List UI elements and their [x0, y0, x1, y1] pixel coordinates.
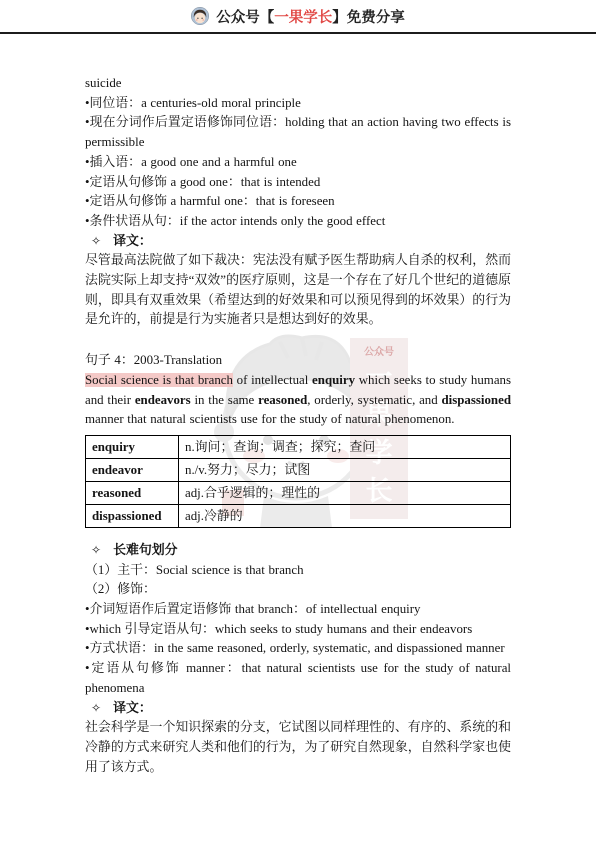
paragraph: •定语从句修饰 a harmful one：that is foreseen [85, 192, 511, 212]
text-run: •which 引导定语从句：which seeks to study human… [85, 622, 472, 636]
text-run: of intellectual [233, 373, 312, 387]
paragraph: •定语从句修饰 manner：that natural scientists u… [85, 659, 511, 698]
text-run: •介词短语作后置定语修饰 that branch：of intellectual… [85, 602, 420, 616]
paragraph: •which 引导定语从句：which seeks to study human… [85, 620, 511, 640]
text-run: manner that natural scientists use for t… [85, 412, 455, 426]
header-title-prefix: 公众号【 [216, 10, 274, 26]
diamond-bullet-icon: ✧ [91, 234, 101, 248]
spacer [85, 531, 511, 541]
text-run: •条件状语从句：if the actor intends only the go… [85, 214, 385, 228]
diamond-bullet-icon: ✧ [91, 701, 101, 715]
header-title: 公众号【一果学长】免费分享 [216, 6, 405, 27]
text-run: •定语从句修饰 manner：that natural scientists u… [85, 661, 511, 695]
document-body: suicide•同位语：a centuries-old moral princi… [0, 34, 596, 777]
spacer [85, 330, 511, 351]
paragraph: •方式状语：in the same reasoned, orderly, sys… [85, 639, 511, 659]
vocab-definition: n./v.努力；尽力；试图 [179, 458, 511, 481]
text-run: in the same [191, 393, 258, 407]
section-heading: ✧译文： [85, 699, 511, 719]
paragraph: •同位语：a centuries-old moral principle [85, 94, 511, 114]
vocab-word: enquiry [86, 435, 179, 458]
paragraph: 尽管最高法院做了如下裁决：宪法没有赋予医生帮助病人自杀的权利，然而法院实际上却支… [85, 251, 511, 330]
vocab-row: dispassionedadj.冷静的 [86, 504, 511, 527]
vocab-word: endeavor [86, 458, 179, 481]
text-run: •现在分词作后置定语修饰同位语：holding that an action h… [85, 115, 511, 149]
section-heading-label: 译文： [113, 234, 152, 248]
page-header: 公众号【一果学长】免费分享 [0, 0, 596, 34]
text-run: 社会科学是一个知识探索的分支，它试图以同样理性的、有序的、系统的和冷静的方式来研… [85, 720, 511, 773]
highlighted-text: Social science is that branch [85, 373, 233, 387]
section-heading-label: 长难句划分 [113, 543, 177, 557]
paragraph: •现在分词作后置定语修饰同位语：holding that an action h… [85, 113, 511, 152]
paragraph: Social science is that branch of intelle… [85, 371, 511, 430]
section-heading-label: 译文： [113, 701, 152, 715]
document-page: 公众号【一果学长】免费分享 公众号 一 果 学 长 suicide•同位语：a … [0, 0, 596, 842]
section-heading: ✧长难句划分 [85, 541, 511, 561]
text-run: •定语从句修饰 a harmful one：that is foreseen [85, 194, 335, 208]
section-heading: ✧译文： [85, 232, 511, 252]
header-title-suffix: 】免费分享 [332, 10, 405, 26]
paragraph: •介词短语作后置定语修饰 that branch：of intellectual… [85, 600, 511, 620]
paragraph: 句子 4：2003-Translation [85, 351, 511, 371]
paragraph: •插入语：a good one and a harmful one [85, 153, 511, 173]
vocab-row: enquiryn.询问；查询；调查；探究；查问 [86, 435, 511, 458]
bold-term: enquiry [312, 373, 355, 387]
paragraph: suicide [85, 74, 511, 94]
vocab-word: reasoned [86, 481, 179, 504]
text-run: , orderly, systematic, and [307, 393, 441, 407]
bold-term: dispassioned [441, 393, 511, 407]
vocab-row: reasonedadj.合乎逻辑的；理性的 [86, 481, 511, 504]
vocab-definition: adj.合乎逻辑的；理性的 [179, 481, 511, 504]
text-run: •同位语：a centuries-old moral principle [85, 96, 301, 110]
text-run: •方式状语：in the same reasoned, orderly, sys… [85, 641, 505, 655]
paragraph: •定语从句修饰 a good one：that is intended [85, 173, 511, 193]
bold-term: endeavors [135, 393, 191, 407]
text-run: 尽管最高法院做了如下裁决：宪法没有赋予医生帮助病人自杀的权利，然而法院实际上却支… [85, 253, 511, 326]
paragraph: •条件状语从句：if the actor intends only the go… [85, 212, 511, 232]
text-run: suicide [85, 76, 122, 90]
vocab-definition: adj.冷静的 [179, 504, 511, 527]
vocab-definition: n.询问；查询；调查；探究；查问 [179, 435, 511, 458]
bold-term: reasoned [258, 393, 307, 407]
paragraph: （1）主干：Social science is that branch [85, 561, 511, 581]
text-run: （2）修饰： [85, 582, 156, 596]
text-run: （1）主干：Social science is that branch [85, 563, 304, 577]
text-run: •插入语：a good one and a harmful one [85, 155, 297, 169]
text-run: 句子 4：2003-Translation [85, 353, 222, 367]
vocab-row: endeavorn./v.努力；尽力；试图 [86, 458, 511, 481]
vocab-word: dispassioned [86, 504, 179, 527]
paragraph: 社会科学是一个知识探索的分支，它试图以同样理性的、有序的、系统的和冷静的方式来研… [85, 718, 511, 777]
paragraph: （2）修饰： [85, 580, 511, 600]
diamond-bullet-icon: ✧ [91, 543, 101, 557]
avatar-icon [191, 7, 209, 25]
vocab-table: enquiryn.询问；查询；调查；探究；查问endeavorn./v.努力；尽… [85, 435, 511, 528]
text-run: •定语从句修饰 a good one：that is intended [85, 175, 320, 189]
header-brand: 一果学长 [274, 10, 332, 26]
